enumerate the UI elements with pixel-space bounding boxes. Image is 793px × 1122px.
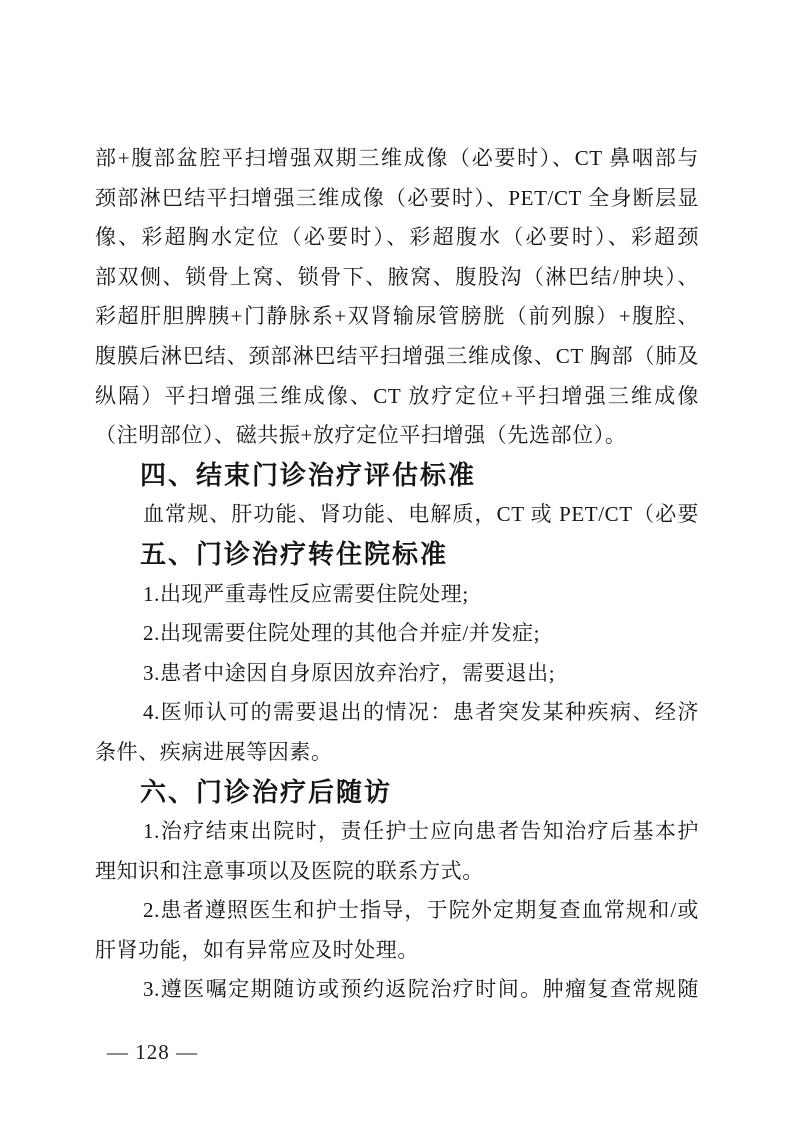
- list-item: 4.医师认可的需要退出的情况：患者突发某种疾病、经济: [95, 693, 699, 733]
- section-heading: 六、门诊治疗后随访: [95, 773, 699, 813]
- list-item: 3.患者中途因自身原因放弃治疗，需要退出;: [95, 654, 699, 694]
- list-item: 1.治疗结束出院时，责任护士应向患者告知治疗后基本护: [95, 812, 699, 852]
- list-item: 2.出现需要住院处理的其他合并症/并发症;: [95, 614, 699, 654]
- list-item: 2.患者遵照医生和护士指导，于院外定期复查血常规和/或: [95, 891, 699, 931]
- page-number: — 128 —: [107, 1040, 198, 1065]
- body-line: 颈部淋巴结平扫增强三维成像（必要时）、PET/CT 全身断层显: [95, 179, 699, 219]
- body-line: （注明部位）、磁共振+放疗定位平扫增强（先选部位）。: [95, 416, 699, 456]
- section-heading: 五、门诊治疗转住院标准: [95, 535, 699, 575]
- body-line: 纵隔）平扫增强三维成像、CT 放疗定位+平扫增强三维成像: [95, 377, 699, 417]
- list-item: 3.遵医嘱定期随访或预约返院治疗时间。肿瘤复查常规随: [95, 970, 699, 1010]
- document-page: 部+腹部盆腔平扫增强双期三维成像（必要时）、CT 鼻咽部与 颈部淋巴结平扫增强三…: [0, 0, 793, 1122]
- body-line: 血常规、肝功能、肾功能、电解质，CT 或 PET/CT（必要时）: [95, 495, 699, 535]
- section-heading: 四、结束门诊治疗评估标准: [95, 456, 699, 496]
- body-line: 部双侧、锁骨上窝、锁骨下、腋窝、腹股沟（淋巴结/肿块）、: [95, 258, 699, 298]
- body-line: 肝肾功能，如有异常应及时处理。: [95, 931, 699, 971]
- document-body: 部+腹部盆腔平扫增强双期三维成像（必要时）、CT 鼻咽部与 颈部淋巴结平扫增强三…: [95, 139, 699, 1010]
- body-line: 理知识和注意事项以及医院的联系方式。: [95, 852, 699, 892]
- list-item: 1.出现严重毒性反应需要住院处理;: [95, 575, 699, 615]
- body-line: 条件、疾病进展等因素。: [95, 733, 699, 773]
- body-line: 彩超肝胆脾胰+门静脉系+双肾输尿管膀胱（前列腺）+腹腔、: [95, 297, 699, 337]
- body-line: 腹膜后淋巴结、颈部淋巴结平扫增强三维成像、CT 胸部（肺及: [95, 337, 699, 377]
- body-line: 部+腹部盆腔平扫增强双期三维成像（必要时）、CT 鼻咽部与: [95, 139, 699, 179]
- body-line: 像、彩超胸水定位（必要时）、彩超腹水（必要时）、彩超颈: [95, 218, 699, 258]
